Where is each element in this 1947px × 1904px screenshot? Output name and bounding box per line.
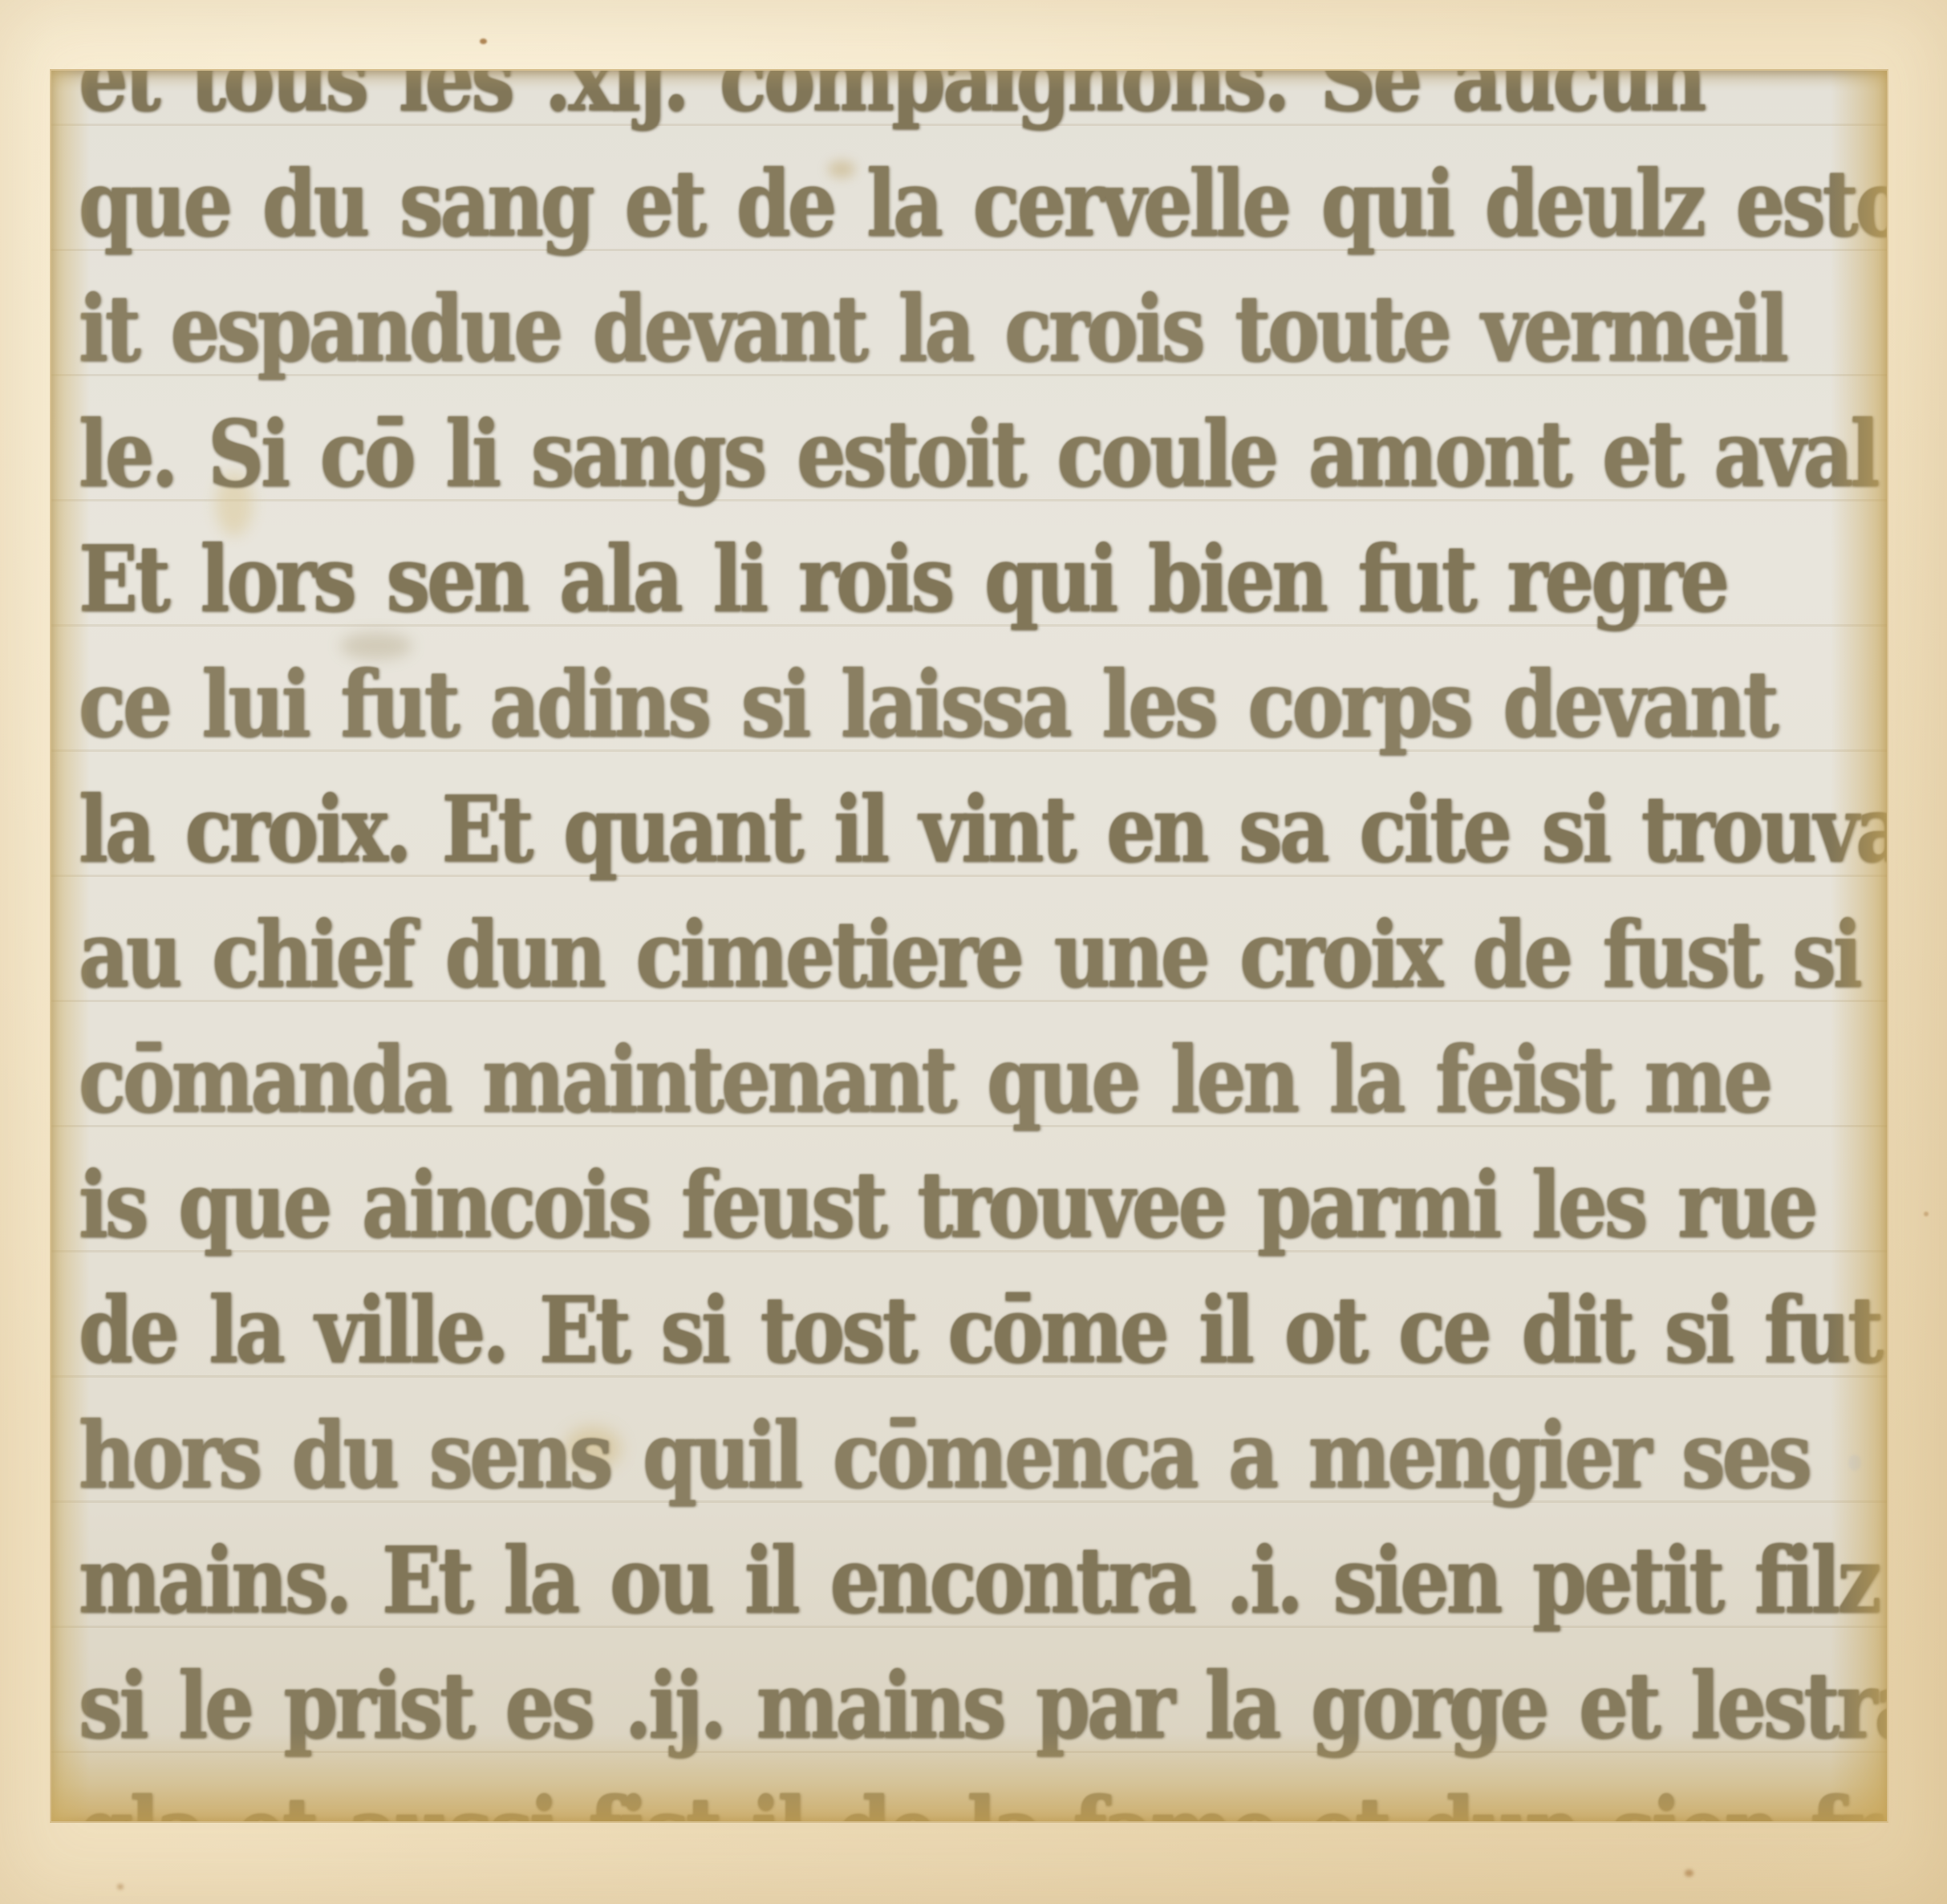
manuscript-line: de la ville. Et si tost cōme il ot ce di… (51, 1269, 1887, 1394)
foxing-spot (1685, 1869, 1693, 1877)
foxing-spot (480, 39, 487, 44)
manuscript-line: cōmanda maintenant que len la feist me (51, 1018, 1887, 1143)
manuscript-line-text: au chief dun cimetiere une croix de fust… (79, 893, 1860, 1015)
manuscript-line: le. Si cō li sangs estoit coule amont et… (51, 392, 1887, 518)
manuscript-line-text: Et lors sen ala li rois qui bien fut reg… (79, 518, 1726, 639)
manuscript-line-text: is que aincois feust trouvee parmi les r… (79, 1143, 1815, 1265)
foxing-spot (117, 1884, 124, 1890)
manuscript-line-text: de la ville. Et si tost cōme il ot ce di… (79, 1269, 1880, 1390)
manuscript-line-text: la croix. Et quant il vint en sa cite si… (79, 768, 1887, 890)
manuscript-line-text: mains. Et la ou il encontra .i. sien pet… (79, 1519, 1878, 1641)
manuscript-line: hors du sens quil cōmenca a mengier ses (51, 1394, 1887, 1519)
manuscript-line-text: si le prist es .ij. mains par la gorge e… (79, 1644, 1887, 1766)
manuscript-line: gla et aussi fist il de la fame et dun s… (51, 1769, 1887, 1821)
manuscript-line: au chief dun cimetiere une croix de fust… (51, 893, 1887, 1018)
manuscript-line-text: et tous les .xij. compaignons. Se aucun (79, 71, 1703, 139)
manuscript-line-text: le. Si cō li sangs estoit coule amont et… (79, 392, 1876, 514)
manuscript-line: si le prist es .ij. mains par la gorge e… (51, 1644, 1887, 1769)
manuscript-line-text: ce lui fut adins si laissa les corps dev… (79, 643, 1776, 765)
foxing-spot (1924, 1212, 1929, 1216)
manuscript-photo: { "manuscript": { "lines": [ "et tous le… (0, 0, 1947, 1904)
manuscript-line-text: gla et aussi fist il de la fame et dun s… (79, 1769, 1887, 1821)
manuscript-line: la croix. Et quant il vint en sa cite si… (51, 768, 1887, 893)
manuscript-line-text: cōmanda maintenant que len la feist me (79, 1018, 1770, 1140)
manuscript-line: is que aincois feust trouvee parmi les r… (51, 1143, 1887, 1269)
parchment-fragment: et tous les .xij. compaignons. Se aucunq… (51, 71, 1887, 1821)
manuscript-line-text: it espandue devant la crois toute vermei… (79, 267, 1786, 389)
manuscript-line: mains. Et la ou il encontra .i. sien pet… (51, 1519, 1887, 1644)
manuscript-line-text: que du sang et de la cervelle qui deulz … (79, 142, 1887, 264)
manuscript-line: que du sang et de la cervelle qui deulz … (51, 142, 1887, 267)
manuscript-line: et tous les .xij. compaignons. Se aucun (51, 71, 1887, 142)
manuscript-line: ce lui fut adins si laissa les corps dev… (51, 643, 1887, 768)
manuscript-line: Et lors sen ala li rois qui bien fut reg… (51, 518, 1887, 643)
manuscript-line-text: hors du sens quil cōmenca a mengier ses (79, 1394, 1809, 1516)
manuscript-line: it espandue devant la crois toute vermei… (51, 267, 1887, 392)
manuscript-lines: et tous les .xij. compaignons. Se aucunq… (51, 71, 1887, 1821)
